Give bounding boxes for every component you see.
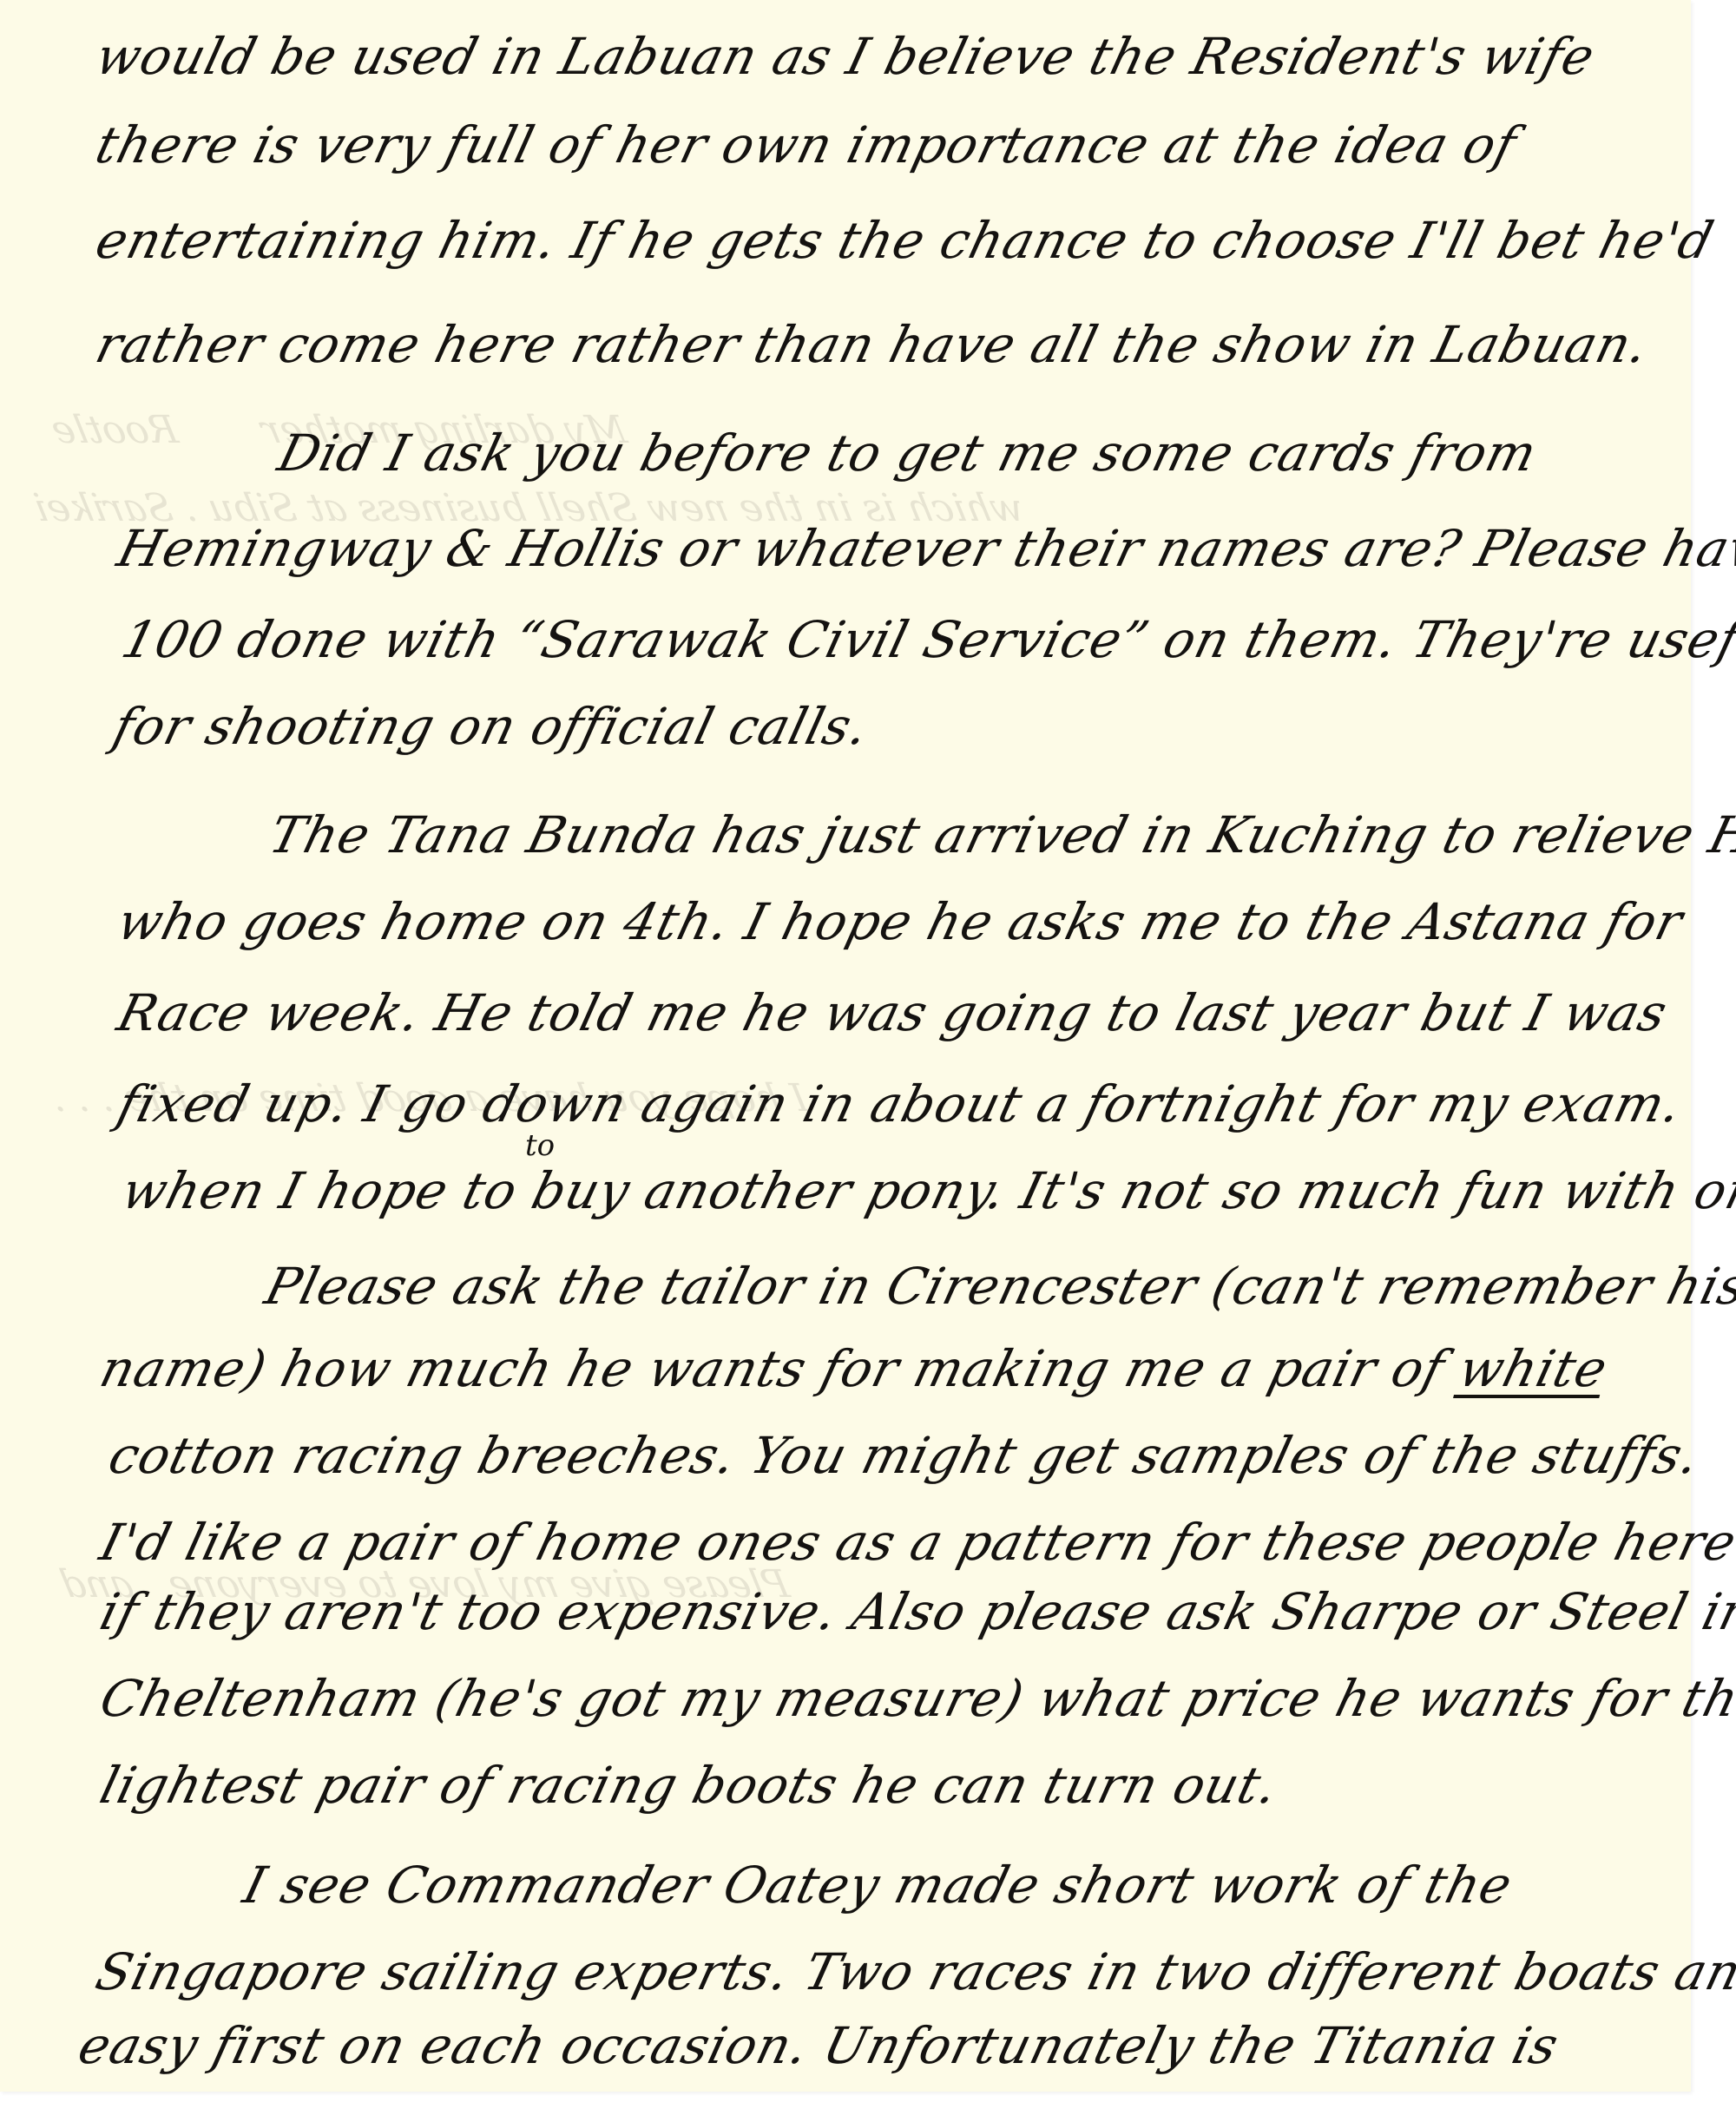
letter-line: for shooting on official calls. (108, 701, 874, 752)
letter-line: I see Commander Oatey made short work of… (239, 1860, 1517, 1910)
letter-line: when I hope to buy another pony. It's no… (117, 1166, 1736, 1216)
letter-line: if they aren't too expensive. Also pleas… (95, 1587, 1736, 1637)
letter-line: 100 done with “Sarawak Civil Service” on… (117, 614, 1736, 665)
letter-line: entertaining him. If he gets the chance … (91, 215, 1719, 266)
letter-line: there is very full of her own importance… (91, 120, 1522, 170)
letter-line: lightest pair of racing boots he can tur… (95, 1760, 1283, 1810)
letter-line: would be used in Labuan as I believe the… (91, 31, 1600, 82)
letter-line: Did I ask you before to get me some card… (273, 428, 1542, 478)
letter-line: Cheltenham (he's got my measure) what pr… (95, 1673, 1736, 1724)
letter-line: rather come here rather than have all th… (91, 319, 1654, 370)
letter-line: who goes home on 4th. I hope he asks me … (113, 897, 1688, 947)
letter-line: name) how much he wants for making me a … (95, 1343, 1613, 1394)
letter-line: fixed up. I go down again in about a for… (113, 1079, 1687, 1129)
letter-line: Hemingway & Hollis or whatever their nam… (113, 523, 1736, 574)
underlined-word: white (1453, 1339, 1614, 1398)
letter-line: cotton racing breeches. You might get sa… (104, 1430, 1705, 1481)
letter-line: I'd like a pair of home ones as a patter… (95, 1517, 1736, 1567)
letter-line: Race week. He told me he was going to la… (113, 988, 1673, 1038)
letter-line: The Tana Bunda has just arrived in Kuchi… (265, 810, 1736, 860)
letter-line: easy first on each occasion. Unfortunate… (74, 2020, 1564, 2071)
letter-line: Singapore sailing experts. Two races in … (91, 1947, 1736, 1997)
inserted-word: to (525, 1128, 555, 1163)
letter-line: Please ask the tailor in Cirencester (ca… (260, 1261, 1736, 1311)
letter-line-text: name) how much he wants for making me a … (95, 1339, 1451, 1398)
